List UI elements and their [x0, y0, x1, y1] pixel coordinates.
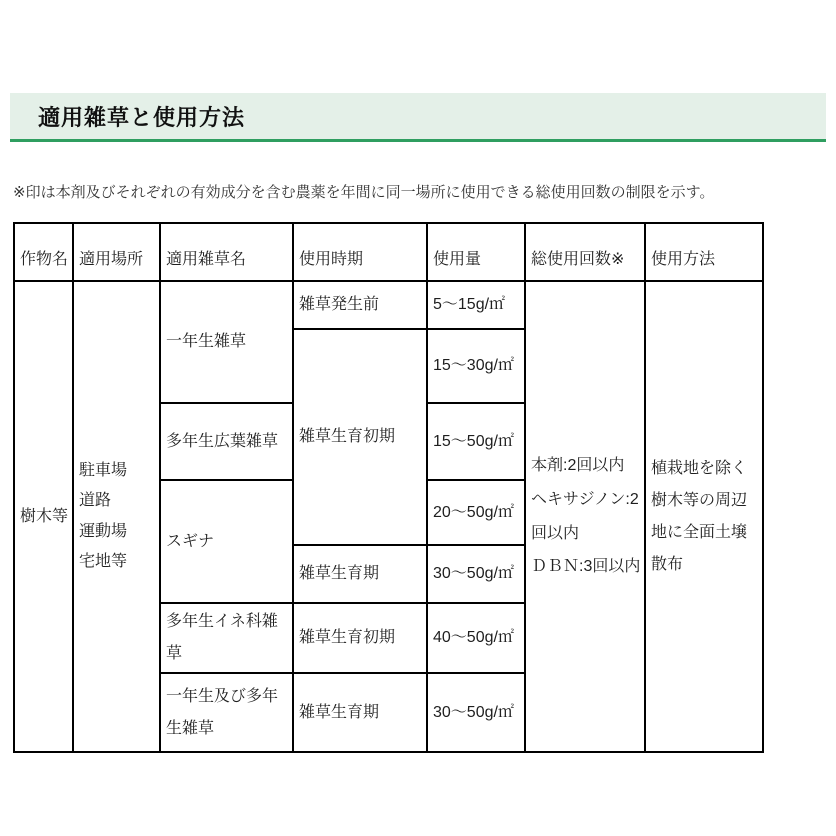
cell-timing-early-growth: 雑草生育初期	[293, 329, 427, 545]
header-total-use: 総使用回数※	[525, 223, 645, 281]
cell-amount-6: 40〜50g/㎡	[427, 603, 525, 673]
page-title: 適用雑草と使用方法	[10, 101, 245, 132]
cell-method: 植栽地を除く樹木等の周辺地に全面土壌散布	[645, 281, 763, 752]
total-use-line: 本剤:2回以内	[531, 449, 642, 483]
location-line: 駐車場	[79, 456, 157, 486]
cell-location: 駐車場 道路 運動場 宅地等	[73, 281, 160, 752]
cell-weed-perennial-grass: 多年生イネ科雑草	[160, 603, 293, 673]
cell-crop-name: 樹木等	[14, 281, 73, 752]
cell-timing-growth: 雑草生育期	[293, 545, 427, 603]
cell-weed-horsetail: スギナ	[160, 480, 293, 603]
cell-weed-annual-and-perennial: 一年生及び多年生雑草	[160, 673, 293, 752]
cell-amount-1: 5〜15g/㎡	[427, 281, 525, 329]
cell-amount-4: 20〜50g/㎡	[427, 480, 525, 545]
total-use-line: ヘキサジノン:2回以内	[531, 483, 642, 550]
usage-table: 作物名 適用場所 適用雑草名 使用時期 使用量 総使用回数※ 使用方法 樹木等 …	[13, 222, 764, 753]
cell-weed-annual: 一年生雑草	[160, 281, 293, 403]
footnote-text: ※印は本剤及びそれぞれの有効成分を含む農薬を年間に同一場所に使用できる総使用回数…	[13, 182, 823, 205]
cell-amount-7: 30〜50g/㎡	[427, 673, 525, 752]
header-location: 適用場所	[73, 223, 160, 281]
cell-amount-5: 30〜50g/㎡	[427, 545, 525, 603]
page: { "page": { "title": "適用雑草と使用方法", "note"…	[0, 0, 836, 836]
location-line: 宅地等	[79, 547, 157, 577]
cell-timing-growth-2: 雑草生育期	[293, 673, 427, 752]
cell-amount-3: 15〜50g/㎡	[427, 403, 525, 480]
cell-timing-early-growth-2: 雑草生育初期	[293, 603, 427, 673]
cell-total-use: 本剤:2回以内 ヘキサジノン:2回以内 ＤＢＮ:3回以内	[525, 281, 645, 752]
location-line: 運動場	[79, 517, 157, 547]
cell-weed-perennial-broadleaf: 多年生広葉雑草	[160, 403, 293, 480]
table-row: 樹木等 駐車場 道路 運動場 宅地等 一年生雑草 雑草発生前 5〜15g/㎡ 本…	[14, 281, 763, 329]
total-use-line: ＤＢＮ:3回以内	[531, 550, 642, 584]
table-header-row: 作物名 適用場所 適用雑草名 使用時期 使用量 総使用回数※ 使用方法	[14, 223, 763, 281]
cell-timing-pre-emergence: 雑草発生前	[293, 281, 427, 329]
header-method: 使用方法	[645, 223, 763, 281]
section-title-bar: 適用雑草と使用方法	[10, 93, 826, 142]
header-timing: 使用時期	[293, 223, 427, 281]
cell-amount-2: 15〜30g/㎡	[427, 329, 525, 403]
location-line: 道路	[79, 486, 157, 516]
header-crop-name: 作物名	[14, 223, 73, 281]
header-weed-name: 適用雑草名	[160, 223, 293, 281]
header-amount: 使用量	[427, 223, 525, 281]
